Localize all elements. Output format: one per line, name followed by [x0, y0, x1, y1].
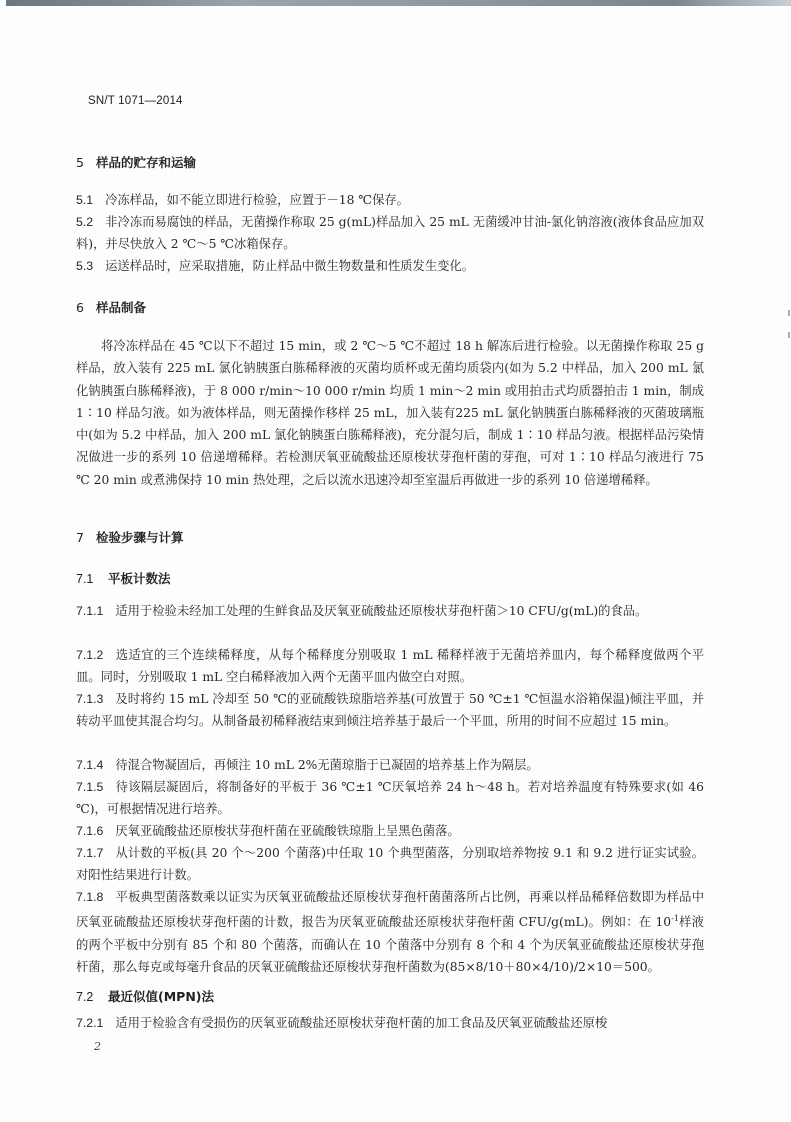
- clause-7-1-7: 7.1.7从计数的平板(具 20 个～200 个菌落)中任取 10 个典型菌落，…: [76, 842, 704, 887]
- subsection-number: 7.2: [76, 990, 108, 1004]
- clause-number: 7.1.2: [76, 644, 103, 666]
- clause-number: 7.1.7: [76, 842, 103, 864]
- clause-number: 7.1.6: [76, 820, 103, 842]
- section-number: 6: [76, 300, 96, 315]
- page-number: 2: [94, 1040, 101, 1053]
- section-heading-6: 6样品制备: [76, 298, 146, 316]
- scan-edge-mark: [788, 310, 790, 316]
- clause-text: 待混合物凝固后，再倾注 10 mL 2%无菌琼脂于已凝固的培养基上作为隔层。: [115, 758, 538, 772]
- clause-text: 及时将约 15 mL 冷却至 50 ℃的亚硫酸铁琼脂培养基(可放置于 50 ℃±…: [76, 692, 704, 728]
- section-title: 样品制备: [96, 300, 146, 315]
- subsection-title: 最近似值(MPN)法: [108, 989, 214, 1004]
- section-number: 7: [76, 530, 96, 545]
- clause-7-2-1: 7.2.1适用于检验含有受损伤的厌氧亚硫酸盐还原梭状芽孢杆菌的加工食品及厌氧亚硫…: [76, 1012, 704, 1034]
- clause-number: 5.2: [76, 211, 93, 233]
- clause-7-1-8: 7.1.8平板典型菌落数乘以证实为厌氧亚硫酸盐还原梭状芽孢杆菌菌落所占比例，再乘…: [76, 886, 704, 978]
- clause-number: 7.1.5: [76, 776, 103, 798]
- clause-number: 7.1.4: [76, 754, 103, 776]
- clause-5-2: 5.2非冷冻而易腐蚀的样品，无菌操作称取 25 g(mL)样品加入 25 mL …: [76, 211, 704, 256]
- subsection-heading-7-1: 7.1平板计数法: [76, 569, 171, 587]
- clause-text: 厌氧亚硫酸盐还原梭状芽孢杆菌在亚硫酸铁琼脂上呈黑色菌落。: [115, 824, 459, 838]
- clause-text: 适用于检验含有受损伤的厌氧亚硫酸盐还原梭状芽孢杆菌的加工食品及厌氧亚硫酸盐还原梭: [115, 1016, 607, 1030]
- clause-7-1-6: 7.1.6厌氧亚硫酸盐还原梭状芽孢杆菌在亚硫酸铁琼脂上呈黑色菌落。: [76, 820, 704, 842]
- clause-5-3: 5.3运送样品时，应采取措施，防止样品中微生物数量和性质发生变化。: [76, 255, 704, 277]
- section-number: 5: [76, 155, 96, 170]
- scan-edge-mark: [788, 332, 790, 338]
- section-title: 检验步骤与计算: [96, 530, 184, 545]
- subsection-heading-7-2: 7.2最近似值(MPN)法: [76, 987, 214, 1005]
- clause-text: 非冷冻而易腐蚀的样品，无菌操作称取 25 g(mL)样品加入 25 mL 无菌缓…: [76, 215, 704, 251]
- clause-number: 7.1.3: [76, 688, 103, 710]
- clause-text: 待该隔层凝固后，将制备好的平板于 36 ℃±1 ℃厌氧培养 24 h～48 h。…: [76, 780, 704, 816]
- document-code: SN/T 1071—2014: [88, 95, 183, 107]
- clause-number: 5.3: [76, 255, 93, 277]
- section-6-paragraph: 将冷冻样品在 45 ℃以下不超过 15 min，或 2 ℃～5 ℃不超过 18 …: [76, 335, 704, 491]
- scan-top-border: [6, 0, 791, 6]
- clause-number: 5.1: [76, 189, 93, 211]
- clause-7-1-2: 7.1.2选适宜的三个连续稀释度，从每个稀释度分别吸取 1 mL 稀释样液于无菌…: [76, 644, 704, 689]
- clause-text: 冷冻样品，如不能立即进行检验，应置于－18 ℃保存。: [105, 193, 409, 207]
- clause-7-1-3: 7.1.3及时将约 15 mL 冷却至 50 ℃的亚硫酸铁琼脂培养基(可放置于 …: [76, 688, 704, 733]
- section-title: 样品的贮存和运输: [96, 155, 196, 170]
- section-heading-5: 5样品的贮存和运输: [76, 153, 196, 171]
- section-heading-7: 7检验步骤与计算: [76, 528, 184, 546]
- clause-text: 适用于检验未经加工处理的生鲜食品及厌氧亚硫酸盐还原梭状芽孢杆菌＞10 CFU/g…: [115, 604, 647, 618]
- subsection-title: 平板计数法: [108, 571, 171, 586]
- exponent: -1: [671, 914, 679, 923]
- clause-text: 从计数的平板(具 20 个～200 个菌落)中任取 10 个典型菌落，分别取培养…: [76, 846, 704, 882]
- clause-7-1-4: 7.1.4待混合物凝固后，再倾注 10 mL 2%无菌琼脂于已凝固的培养基上作为…: [76, 754, 704, 776]
- clause-number: 7.1.1: [76, 600, 103, 622]
- clause-5-1: 5.1冷冻样品，如不能立即进行检验，应置于－18 ℃保存。: [76, 189, 704, 211]
- clause-text: 运送样品时，应采取措施，防止样品中微生物数量和性质发生变化。: [105, 259, 474, 273]
- subsection-number: 7.1: [76, 572, 108, 586]
- clause-text: 选适宜的三个连续稀释度，从每个稀释度分别吸取 1 mL 稀释样液于无菌培养皿内，…: [76, 648, 704, 684]
- clause-7-1-1: 7.1.1适用于检验未经加工处理的生鲜食品及厌氧亚硫酸盐还原梭状芽孢杆菌＞10 …: [76, 600, 704, 622]
- clause-7-1-5: 7.1.5待该隔层凝固后，将制备好的平板于 36 ℃±1 ℃厌氧培养 24 h～…: [76, 776, 704, 821]
- clause-text: 平板典型菌落数乘以证实为厌氧亚硫酸盐还原梭状芽孢杆菌菌落所占比例，再乘以样品稀释…: [76, 890, 704, 929]
- clause-number: 7.1.8: [76, 886, 103, 908]
- clause-number: 7.2.1: [76, 1012, 103, 1034]
